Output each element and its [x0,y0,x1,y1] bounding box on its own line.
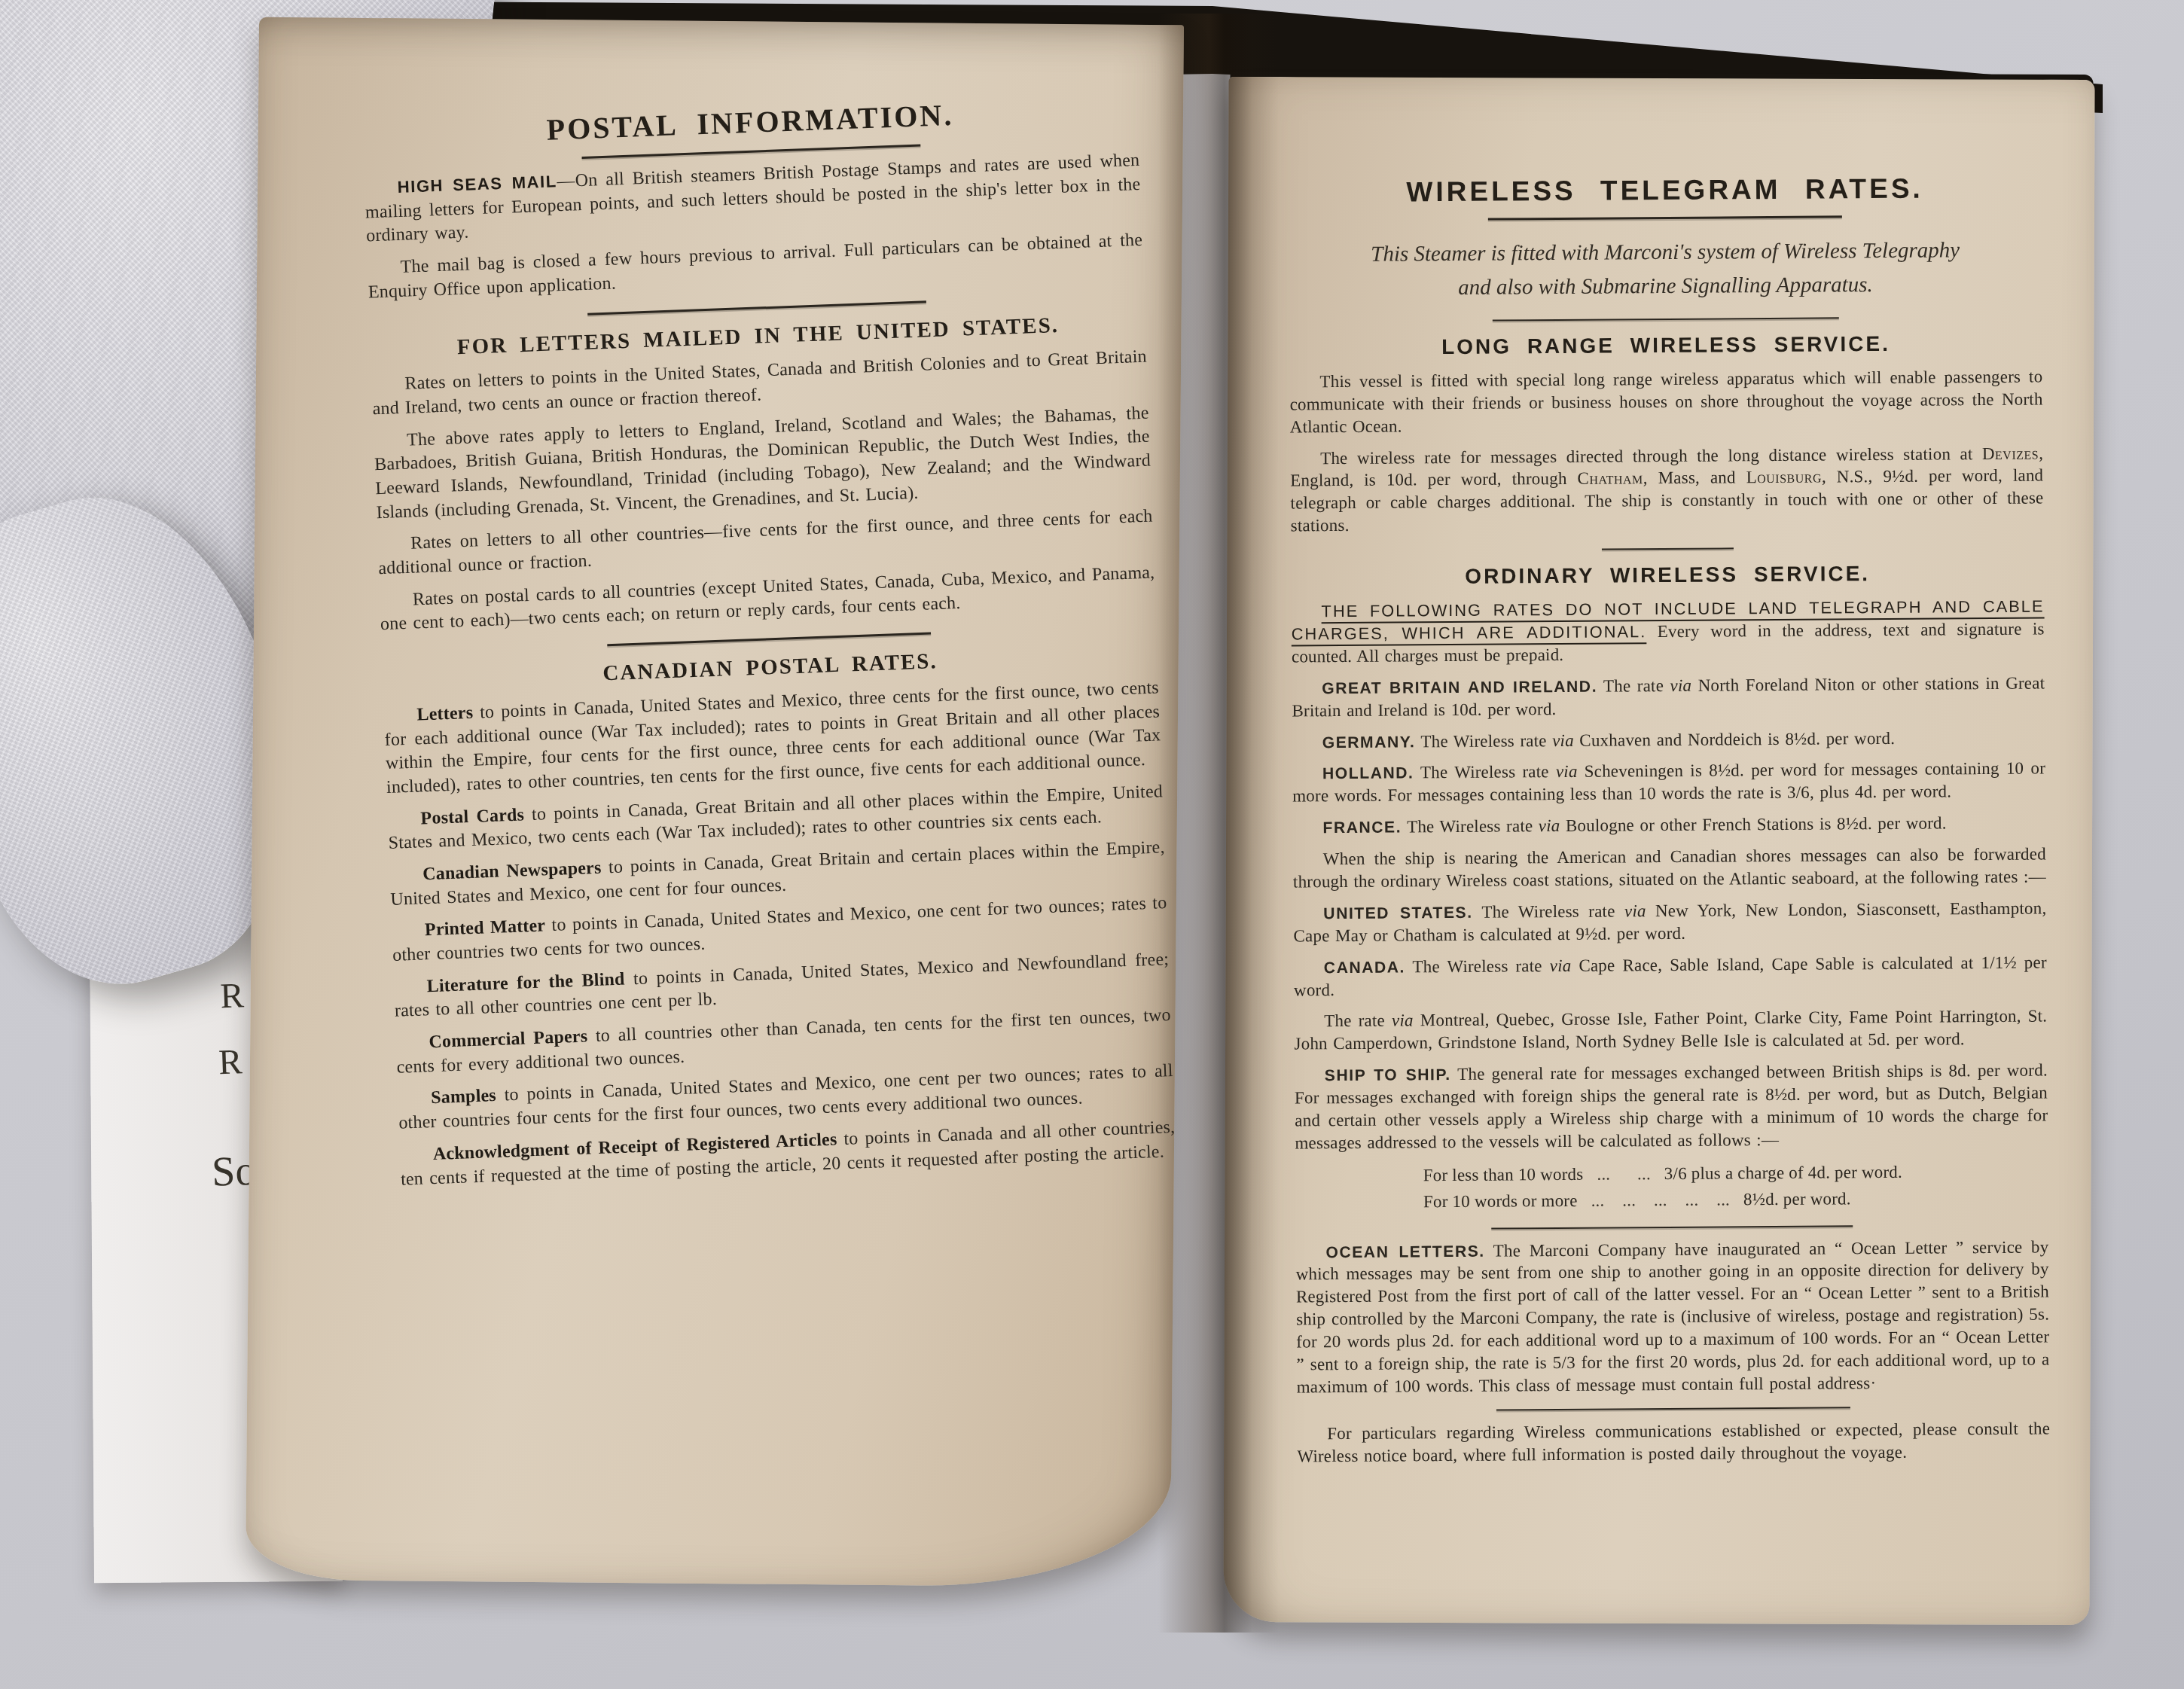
paragraph: This vessel is fitted with special long … [1289,365,2043,438]
rate-label: For 10 words or more [1423,1188,1578,1215]
paragraph-united-states: UNITED STATES. The Wireless rate via New… [1293,897,2046,947]
paragraph: The above rates apply to letters to Engl… [374,401,1152,525]
right-page: WIRELESS TELEGRAM RATES. This Steamer is… [1223,77,2094,1625]
left-page-title: POSTAL INFORMATION. [361,90,1138,154]
left-page: POSTAL INFORMATION. HIGH SEAS MAIL—On al… [246,17,1184,1588]
dot-leaders: ... ... ... ... ... [1591,1187,1730,1214]
paragraph-ocean-letters: OCEAN LETTERS. The Marconi Company have … [1295,1236,2049,1398]
divider [607,632,931,646]
paragraph-germany: GERMANY. The Wireless rate via Cuxhaven … [1292,726,2045,754]
divider [1488,215,1842,220]
section-heading-ordinary: ORDINARY WIRELESS SERVICE. [1291,561,2044,590]
paragraph-rates-notice: THE FOLLOWING RATES DO NOT INCLUDE LAND … [1291,596,2045,669]
paragraph-holland: HOLLAND. The Wireless rate via Schevenin… [1292,758,2045,808]
divider [587,301,926,316]
rate-row: For less than 10 words ... ... 3/6 plus … [1423,1158,2048,1187]
paragraph-letters: Letters to points in Canada, United Stat… [383,676,1162,800]
divider [1493,317,1839,321]
paragraph-france: FRANCE. The Wireless rate via Boulogne o… [1292,812,2045,840]
paragraph-coast-stations: When the ship is nearing the American an… [1293,843,2046,894]
marconi-subtitle: This Steamer is fitted with Marconi's sy… [1364,233,1967,305]
paragraph: The wireless rate for messages directed … [1290,442,2044,538]
partial-letter: R [218,1041,242,1083]
divider [1491,1225,1853,1229]
left-page-content: POSTAL INFORMATION. HIGH SEAS MAIL—On al… [259,5,1226,1196]
right-page-content: WIRELESS TELEGRAM RATES. This Steamer is… [1229,75,2105,1468]
divider [1601,547,1733,550]
paragraph-footer-notice: For particulars regarding Wireless commu… [1297,1417,2050,1468]
partial-letter: R [220,975,245,1017]
rate-row: For 10 words or more ... ... ... ... ...… [1423,1185,2048,1215]
dot-leaders: ... ... [1597,1161,1651,1187]
divider [582,144,921,158]
right-page-title: WIRELESS TELEGRAM RATES. [1288,172,2041,209]
rate-value: 8½d. per word. [1743,1186,1851,1212]
paragraph-canada: CANADA. The Wireless rate via Cape Race,… [1294,951,2047,1002]
paragraph-great-britain: GREAT BRITAIN AND IRELAND. The rate via … [1292,672,2045,722]
rate-label: For less than 10 words [1423,1162,1584,1188]
booklet-photo: R R R So POSTAL INFORMATION. HIGH SEAS M… [0,0,2184,1689]
rate-value: 3/6 plus a charge of 4d. per word. [1664,1160,1902,1187]
paragraph-canada-stations: The rate via Montreal, Quebec, Grosse Is… [1294,1005,2047,1056]
paragraph-ship-to-ship: SHIP TO SHIP. The general rate for messa… [1295,1059,2048,1155]
section-heading-long-range: LONG RANGE WIRELESS SERVICE. [1289,331,2042,360]
divider [1496,1407,1850,1410]
